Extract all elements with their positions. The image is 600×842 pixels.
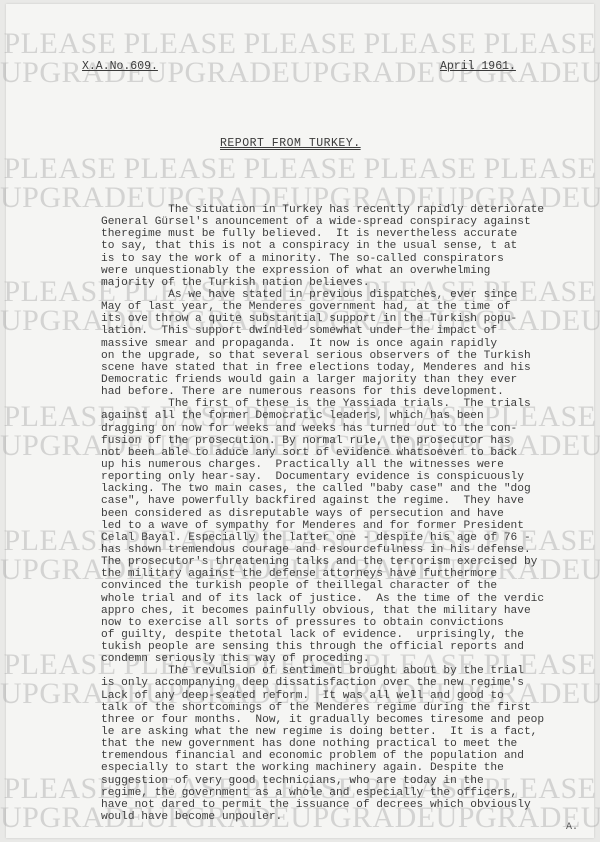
body-line: majority of the Turkish nation believes. — [101, 277, 596, 289]
body-line: convinced the turkish people of theilleg… — [101, 580, 596, 592]
body-line: is to say the work of a minority. The so… — [101, 253, 596, 265]
body-line: is only accompanying deep dissatisfactio… — [101, 677, 596, 689]
body-line: tremendous financial and economic proble… — [101, 750, 596, 762]
body-line: Lack of any deep-seated reform. It was a… — [101, 690, 596, 702]
typewritten-letter: X.A.No.609. April 1961. REPORT FROM TURK… — [0, 0, 600, 842]
body-line: would have become unpouler. — [101, 811, 596, 823]
page-mark: A. — [566, 822, 578, 833]
body-line: up his numerous charges. Practically all… — [101, 459, 596, 471]
body-line: its ove throw a quite substantial suppor… — [101, 313, 596, 325]
body-line: to say, that this is not a conspiracy in… — [101, 240, 596, 252]
reference-number: X.A.No.609. — [82, 60, 158, 73]
body-line: talk of the shortcomings of the Menderes… — [101, 702, 596, 714]
body-line: The prosecutor's threatening talks and t… — [101, 556, 596, 568]
body-line: The first of these is the Yassiada trial… — [101, 398, 596, 410]
body-line: whole trial and of its lack of justice. … — [101, 593, 596, 605]
body-line: against all the former Democratic leader… — [101, 410, 596, 422]
body-line: massive smear and propaganda. It now is … — [101, 338, 596, 350]
body-line: led to a wave of sympathy for Menderes a… — [101, 520, 596, 532]
body-line: dragging on now for weeks and weeks has … — [101, 423, 596, 435]
body-line: regime, the government as a whole and es… — [101, 787, 596, 799]
body-line: lation. This support dwindled somewhat u… — [101, 325, 596, 337]
body-line: of guilty, despite thetotal lack of evid… — [101, 629, 596, 641]
body-line: General Gürsel's anouncement of a wide-s… — [101, 216, 596, 228]
body-line: The situation in Turkey has recently rap… — [101, 204, 596, 216]
body-line: been considered as disreputable ways of … — [101, 508, 596, 520]
body-line: Democratic friends would gain a larger m… — [101, 374, 596, 386]
body-line: were unquestionably the expression of wh… — [101, 265, 596, 277]
body-line: case", have powerfully backfired against… — [101, 495, 596, 507]
body-line: appro ches, it becomes painfully obvious… — [101, 605, 596, 617]
body-line: tukish people are sensing this through t… — [101, 641, 596, 653]
body-line: now to exercise all sorts of pressures t… — [101, 617, 596, 629]
body-line: suggestion of very good technicians, who… — [101, 775, 596, 787]
body-line: especially to start the working machiner… — [101, 762, 596, 774]
body-line: May of last year, the Menderes governmen… — [101, 301, 596, 313]
body-line: not been able to aduce any sort of evide… — [101, 447, 596, 459]
body-line: had before. There are numerous reasons f… — [101, 386, 596, 398]
body-line: fusion of the prosecution. By normal rul… — [101, 435, 596, 447]
document-date: April 1961. — [440, 60, 516, 73]
body-line: The revulsion of sentiment brought about… — [101, 665, 596, 677]
body-line: that the new government has done nothing… — [101, 738, 596, 750]
body-line: As we have stated in previous dispatches… — [101, 289, 596, 301]
body-line: reporting only hear-say. Documentary evi… — [101, 471, 596, 483]
document-title: REPORT FROM TURKEY. — [220, 137, 361, 150]
body-line: condemn seriously this way of proceding. — [101, 653, 596, 665]
body-line: lacking. The two main cases, the called … — [101, 483, 596, 495]
body-line: on the upgrade, so that several serious … — [101, 350, 596, 362]
body-line: Celal Bayal. Especially the latter one -… — [101, 532, 596, 544]
body-line: the military against the defense attorne… — [101, 568, 596, 580]
body-line: three or four months. Now, it gradually … — [101, 714, 596, 726]
body-line: have not dared to permit the issuance of… — [101, 799, 596, 811]
body-line: scene have stated that in free elections… — [101, 362, 596, 374]
body-line: theregime must be fully believed. It is … — [101, 228, 596, 240]
body-line: le are asking what the new regime is doi… — [101, 726, 596, 738]
body-line: has shown tremendous courage and resourc… — [101, 544, 596, 556]
document-body: The situation in Turkey has recently rap… — [101, 204, 596, 823]
